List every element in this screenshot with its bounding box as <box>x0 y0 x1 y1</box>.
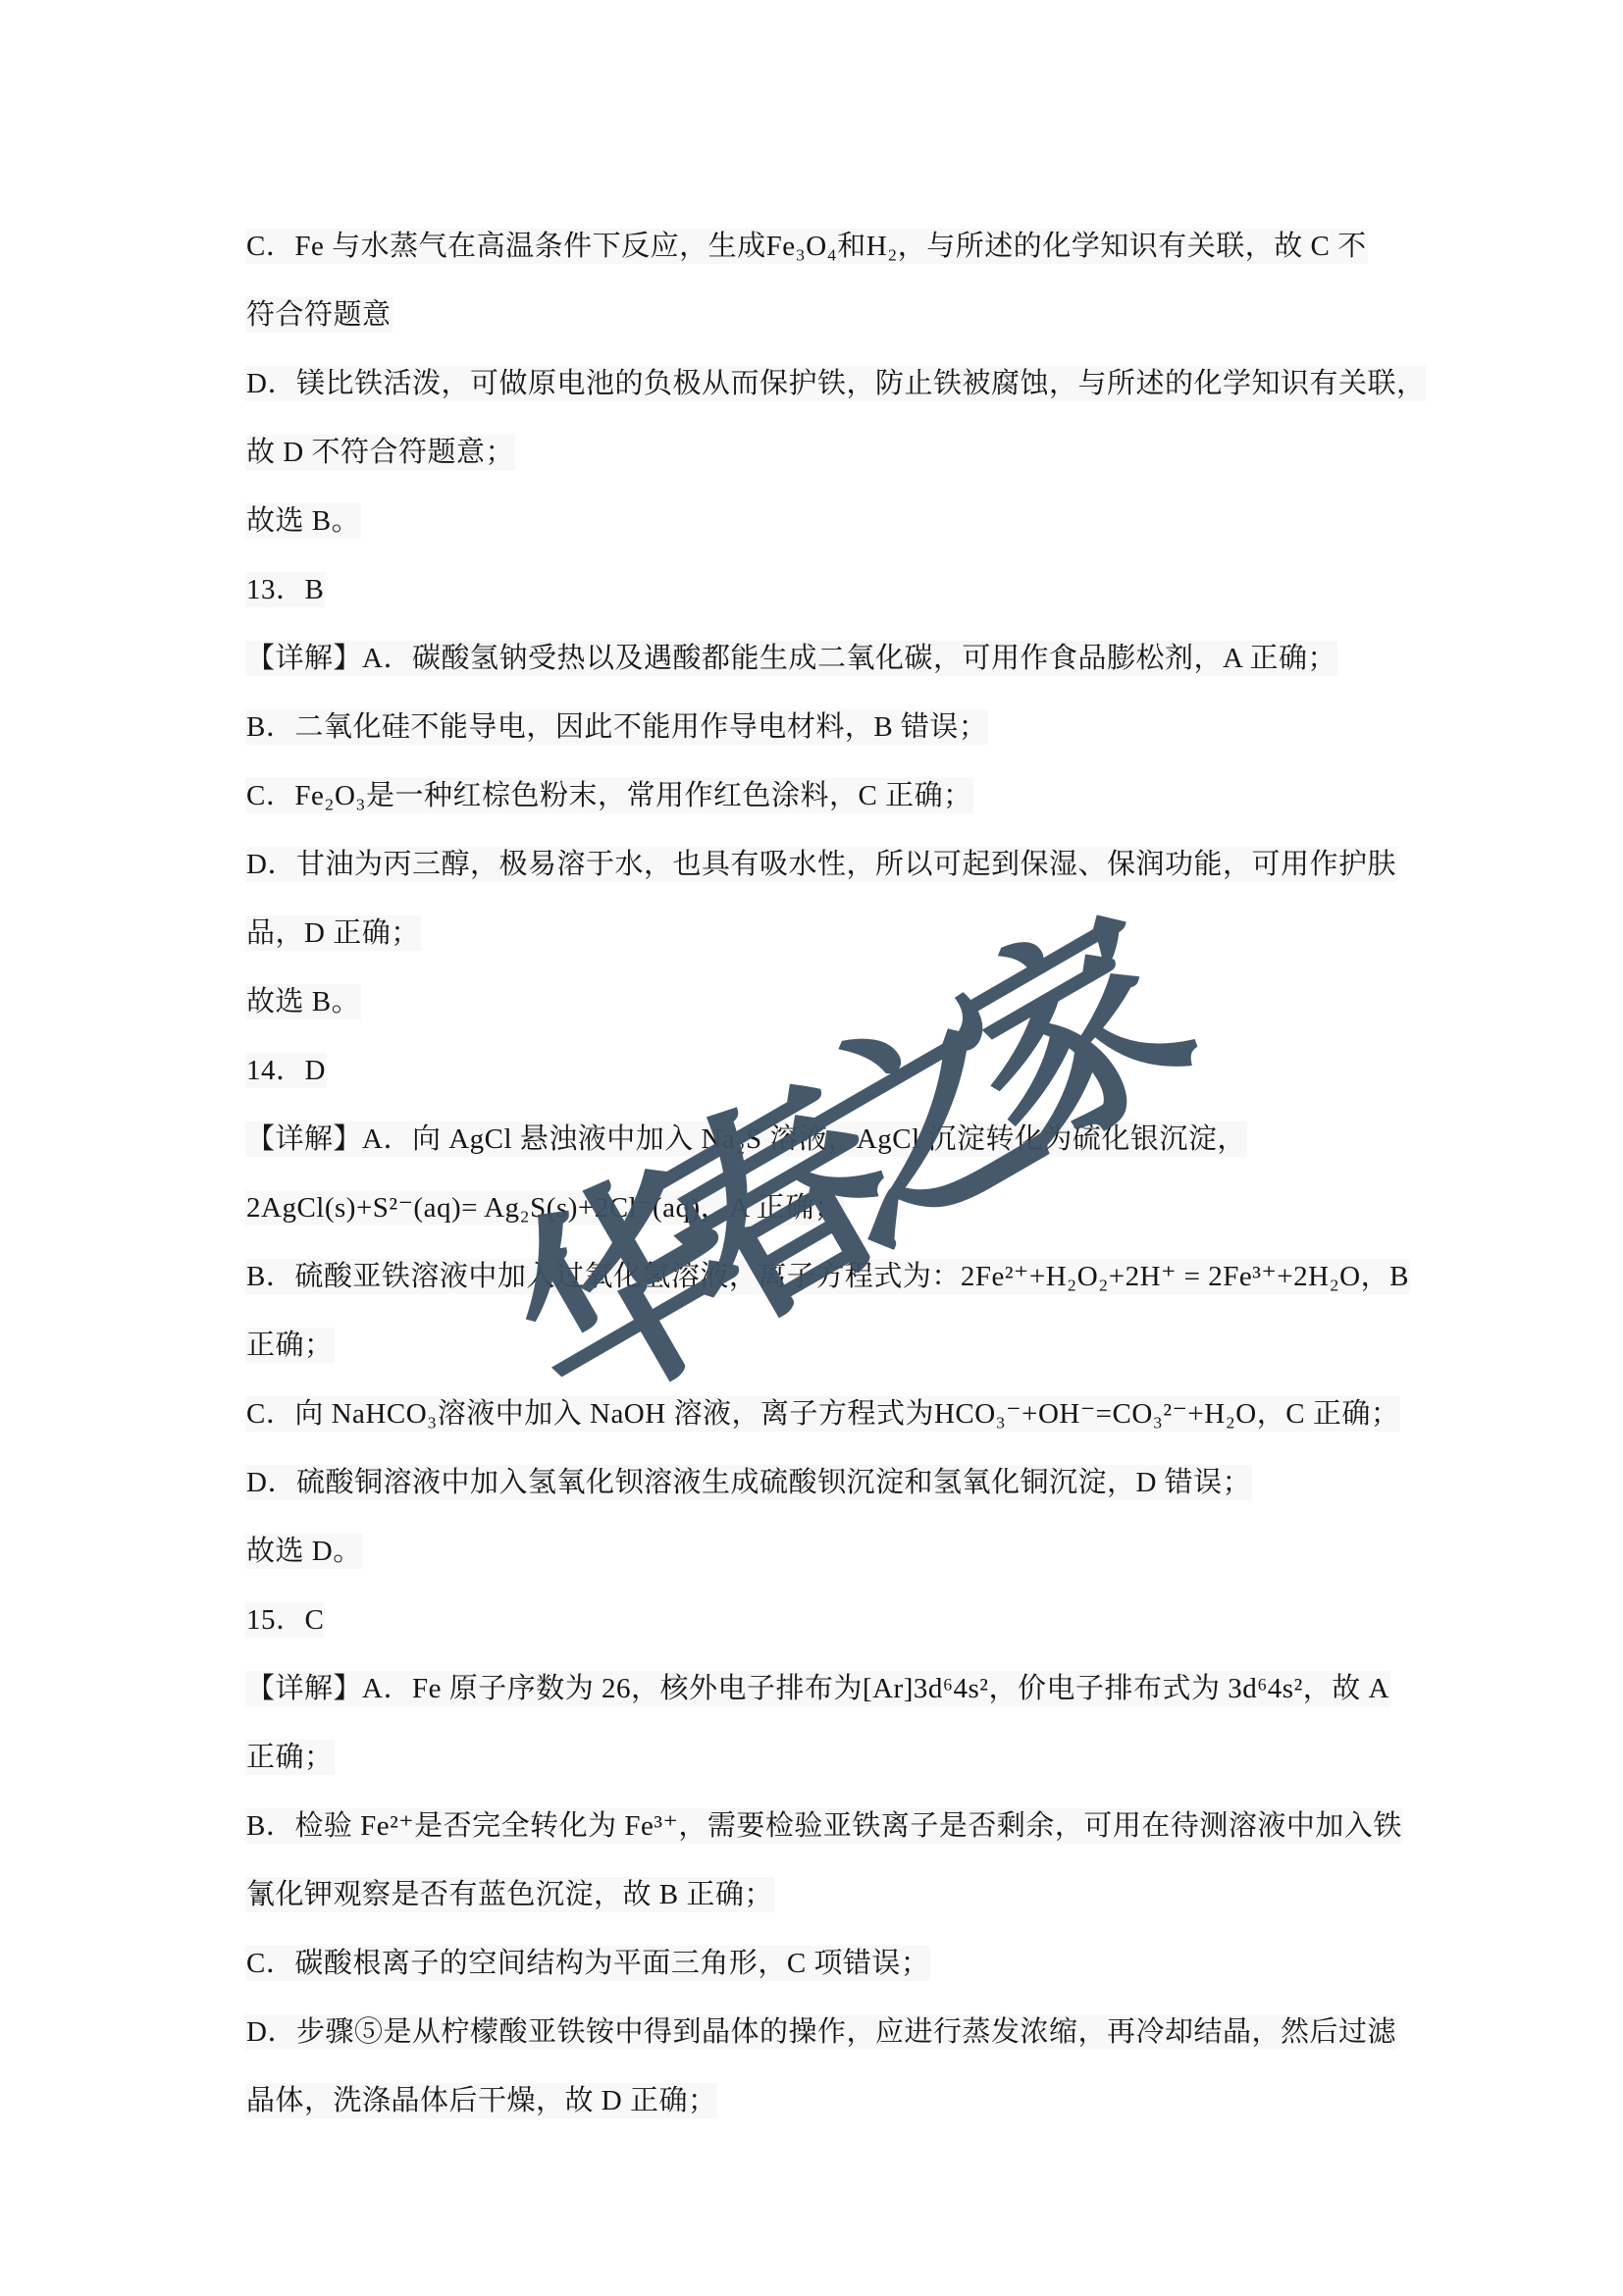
text-line: 【详解】A．Fe 原子序数为 26，核外电子排布为[Ar]3d⁶4s²，价电子排… <box>245 1654 1388 1723</box>
text-line: D．硫酸铜溶液中加入氢氧化钡溶液生成硫酸钡沉淀和氢氧化铜沉淀，D 错误； <box>245 1448 1388 1517</box>
text-line: 【详解】A．碳酸氢钠受热以及遇酸都能生成二氧化碳，可用作食品膨松剂，A 正确； <box>245 624 1388 693</box>
text-line: 符合符题意 <box>245 281 1388 349</box>
text-line-content: 【详解】A．Fe 原子序数为 26，核外电子排布为[Ar]3d⁶4s²，价电子排… <box>245 1671 1390 1706</box>
text-line: C．Fe₂O₃是一种红棕色粉末，常用作红色涂料，C 正确； <box>245 761 1388 830</box>
answer-14: 14．D <box>245 1036 1388 1105</box>
text-line-content: 故选 B。 <box>245 984 361 1019</box>
text-line-content: 故选 D。 <box>245 1534 363 1569</box>
text-line-content: 正确； <box>245 1740 335 1775</box>
text-line-content: C．Fe₂O₃是一种红棕色粉末，常用作红色涂料，C 正确； <box>245 778 973 813</box>
text-line-content: 2AgCl(s)+S²⁻(aq)= Ag₂S(s)+2Cl⁻(aq)，A 正确； <box>245 1190 844 1226</box>
text-line-content: B．硫酸亚铁溶液中加入过氧化氢溶液，离子方程式为：2Fe²⁺+H₂O₂+2H⁺ … <box>245 1259 1410 1294</box>
text-line-content: B．二氧化硅不能导电，因此不能用作导电材料，B 错误； <box>245 709 988 745</box>
document-body: C．Fe 与水蒸气在高温条件下反应，生成Fe₃O₄和H₂，与所述的化学知识有关联… <box>245 212 1388 2135</box>
document-page: C．Fe 与水蒸气在高温条件下反应，生成Fe₃O₄和H₂，与所述的化学知识有关联… <box>0 0 1623 2296</box>
text-line-content: 14．D <box>245 1053 327 1088</box>
text-line-content: C．向 NaHCO₃溶液中加入 NaOH 溶液，离子方程式为HCO₃⁻+OH⁻=… <box>245 1396 1400 1432</box>
text-line-content: 13．B <box>245 572 325 607</box>
text-line-content: 【详解】A．向 AgCl 悬浊液中加入 Na₂S 溶液，AgCl 沉淀转化为硫化… <box>245 1122 1247 1157</box>
text-line-content: 故选 B。 <box>245 503 361 539</box>
text-line: B．硫酸亚铁溶液中加入过氧化氢溶液，离子方程式为：2Fe²⁺+H₂O₂+2H⁺ … <box>245 1242 1388 1311</box>
text-line: 故选 B。 <box>245 487 1388 555</box>
answer-13: 13．B <box>245 555 1388 624</box>
text-line: D．步骤⑤是从柠檬酸亚铁铵中得到晶体的操作，应进行蒸发浓缩，再冷却结晶，然后过滤 <box>245 1998 1388 2066</box>
text-line: 氰化钾观察是否有蓝色沉淀，故 B 正确； <box>245 1860 1388 1929</box>
text-line: 正确； <box>245 1723 1388 1792</box>
text-line-content: B．检验 Fe²⁺是否完全转化为 Fe³⁺，需要检验亚铁离子是否剩余，可用在待测… <box>245 1808 1403 1844</box>
text-line: C．向 NaHCO₃溶液中加入 NaOH 溶液，离子方程式为HCO₃⁻+OH⁻=… <box>245 1380 1388 1448</box>
answer-15: 15．C <box>245 1586 1388 1654</box>
text-line: D．甘油为丙三醇，极易溶于水，也具有吸水性，所以可起到保湿、保润功能，可用作护肤 <box>245 830 1388 899</box>
text-line: 【详解】A．向 AgCl 悬浊液中加入 Na₂S 溶液，AgCl 沉淀转化为硫化… <box>245 1105 1388 1174</box>
text-line: C．碳酸根离子的空间结构为平面三角形，C 项错误； <box>245 1929 1388 1998</box>
text-line-content: 氰化钾观察是否有蓝色沉淀，故 B 正确； <box>245 1877 774 1912</box>
text-line: 故 D 不符合符题意； <box>245 418 1388 487</box>
text-line: 正确； <box>245 1311 1388 1380</box>
text-line-content: 品，D 正确； <box>245 915 421 951</box>
text-line-content: C．Fe 与水蒸气在高温条件下反应，生成Fe₃O₄和H₂，与所述的化学知识有关联… <box>245 229 1368 264</box>
text-line: B．二氧化硅不能导电，因此不能用作导电材料，B 错误； <box>245 693 1388 761</box>
chem-equation-line: 2AgCl(s)+S²⁻(aq)= Ag₂S(s)+2Cl⁻(aq)，A 正确； <box>245 1174 1388 1242</box>
text-line-content: 15．C <box>245 1602 325 1638</box>
text-line: B．检验 Fe²⁺是否完全转化为 Fe³⁺，需要检验亚铁离子是否剩余，可用在待测… <box>245 1792 1388 1860</box>
text-line-content: 晶体，洗涤晶体后干燥，故 D 正确； <box>245 2083 717 2118</box>
text-line-content: 正确； <box>245 1328 335 1363</box>
text-line: C．Fe 与水蒸气在高温条件下反应，生成Fe₃O₄和H₂，与所述的化学知识有关联… <box>245 212 1388 281</box>
text-line: 故选 B。 <box>245 967 1388 1036</box>
text-line: 品，D 正确； <box>245 899 1388 967</box>
text-line-content: D．步骤⑤是从柠檬酸亚铁铵中得到晶体的操作，应进行蒸发浓缩，再冷却结晶，然后过滤 <box>245 2014 1397 2050</box>
text-line-content: D．镁比铁活泼，可做原电池的负极从而保护铁，防止铁被腐蚀，与所述的化学知识有关联… <box>245 366 1426 401</box>
text-line-content: D．硫酸铜溶液中加入氢氧化钡溶液生成硫酸钡沉淀和氢氧化铜沉淀，D 错误； <box>245 1465 1252 1500</box>
text-line-content: C．碳酸根离子的空间结构为平面三角形，C 项错误； <box>245 1946 930 1981</box>
text-line-content: 符合符题意 <box>245 297 393 333</box>
text-line: D．镁比铁活泼，可做原电池的负极从而保护铁，防止铁被腐蚀，与所述的化学知识有关联… <box>245 349 1388 418</box>
text-line: 晶体，洗涤晶体后干燥，故 D 正确； <box>245 2066 1388 2135</box>
text-line: 故选 D。 <box>245 1517 1388 1586</box>
text-line-content: 故 D 不符合符题意； <box>245 435 515 470</box>
text-line-content: D．甘油为丙三醇，极易溶于水，也具有吸水性，所以可起到保湿、保润功能，可用作护肤 <box>245 847 1397 882</box>
text-line-content: 【详解】A．碳酸氢钠受热以及遇酸都能生成二氧化碳，可用作食品膨松剂，A 正确； <box>245 641 1337 676</box>
